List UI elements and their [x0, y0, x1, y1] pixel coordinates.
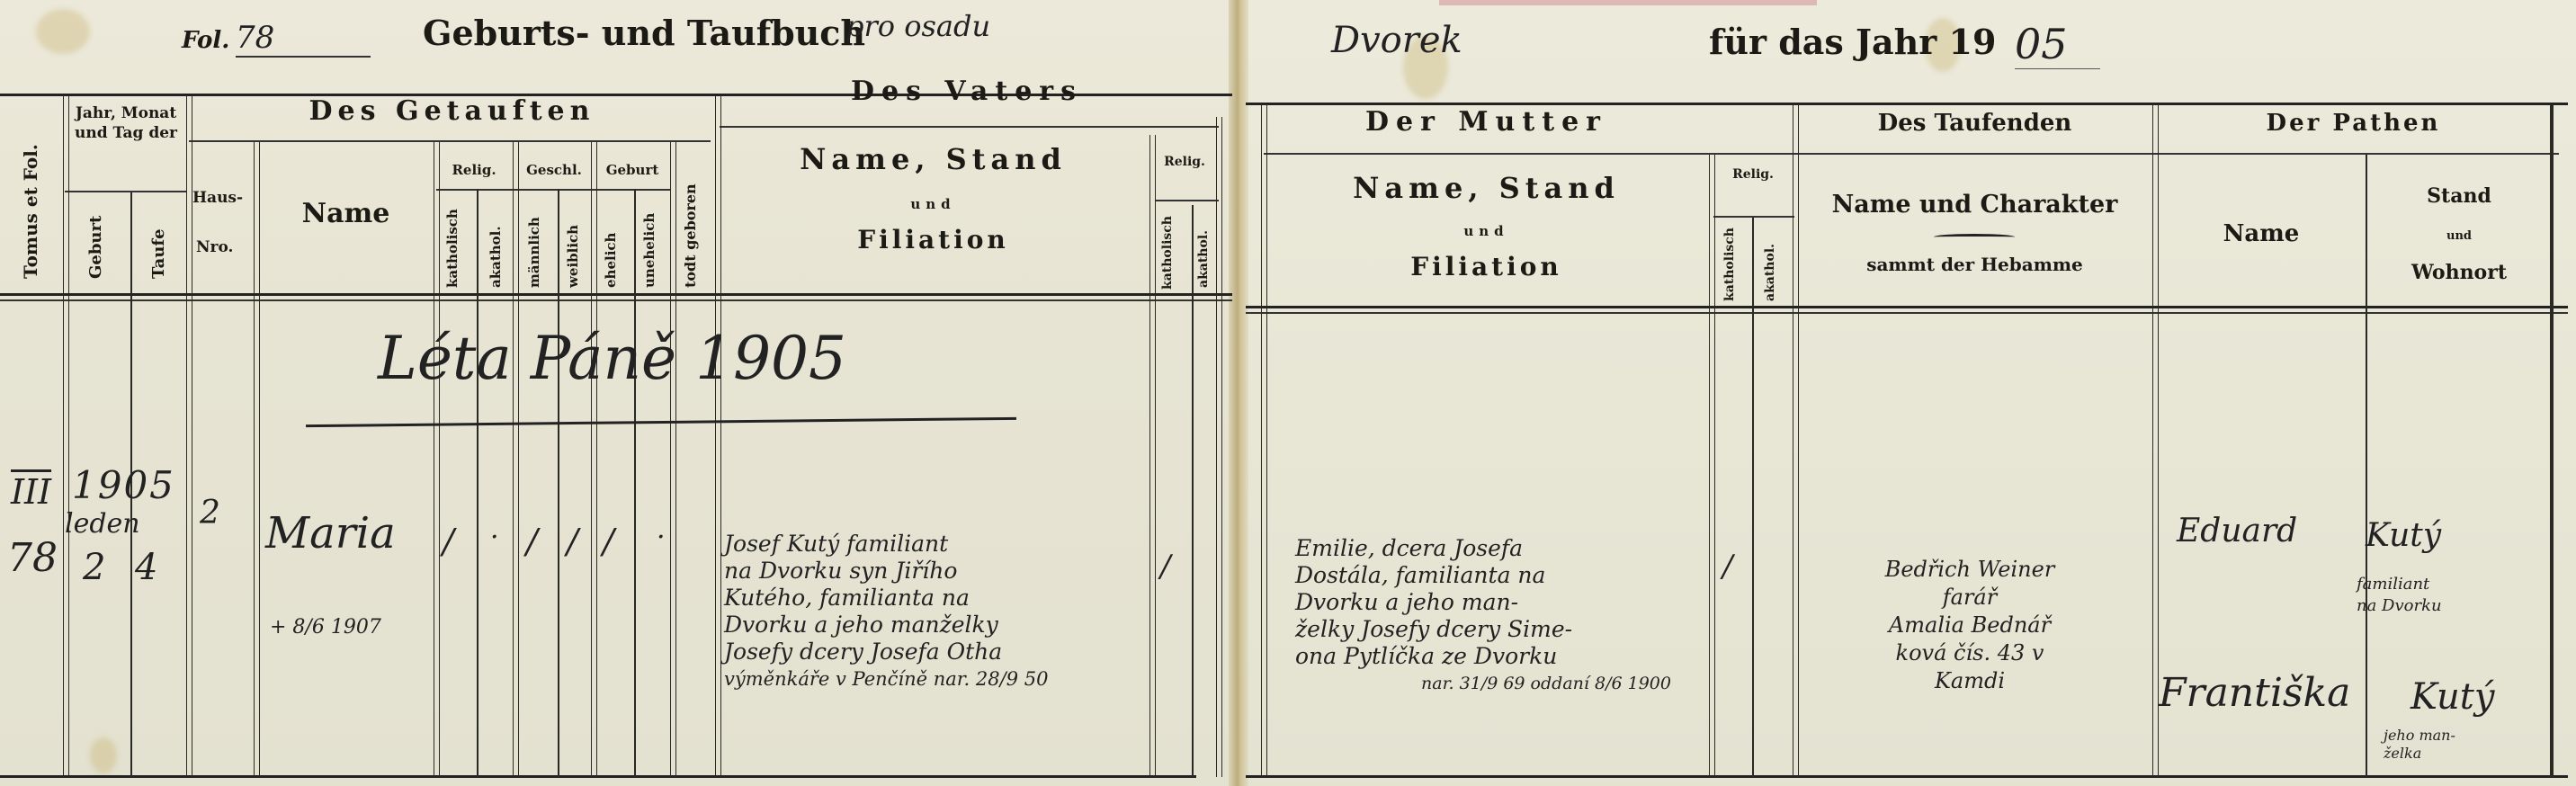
godparent1-stand-line: familiant: [2357, 574, 2442, 595]
flourish-divider: [1934, 234, 2015, 240]
header-bottom-line: [1246, 312, 2568, 314]
col-divider: [670, 142, 676, 777]
header-getauften-group: Des Getauften: [189, 95, 715, 127]
mark-maennlich: /: [526, 522, 538, 561]
father-line: výměnkáře v Penčíně nar. 28/9 50: [724, 665, 1156, 692]
header-bottom-line: [0, 293, 1232, 296]
header-taufe: Taufe: [149, 216, 168, 279]
header-nro: Nro.: [196, 238, 233, 256]
mother-line: Dostála, familianta na: [1295, 562, 1709, 589]
header-vater-relig: Relig.: [1153, 155, 1216, 169]
header-wohnort: Wohnort: [2369, 261, 2549, 284]
father-details: Josef Kutý familiant na Dvorku syn Jiříh…: [724, 531, 1156, 692]
father-relig-mark: /: [1160, 549, 1170, 585]
entry-folio: 78: [7, 535, 58, 581]
father-line: Kutého, familianta na: [724, 585, 1156, 612]
godparent2-stand: jeho man- želka: [2384, 727, 2455, 763]
header-geburt-group: Geburt: [594, 162, 671, 178]
entry-baptism-day: 4: [135, 547, 157, 588]
table-right-border: [2550, 104, 2554, 777]
mother-line: Dvorku a jeho man-: [1295, 589, 1709, 616]
father-line: Josef Kutý familiant: [724, 531, 1156, 558]
folio-label: Fol.: [182, 27, 229, 54]
header-mutter-katholisch: katholisch: [1722, 225, 1737, 301]
header-haus: Haus-: [192, 189, 243, 207]
header-unehelich: unehelich: [641, 198, 657, 288]
godparent2-surname: Kutý: [2411, 676, 2494, 718]
mother-line: nar. 31/9 69 oddaní 8/6 1900: [1295, 670, 1709, 697]
entry-year: 1905: [72, 463, 175, 507]
header-katholisch: katholisch: [444, 198, 461, 288]
mark-unehelich: ·: [657, 522, 666, 553]
header-stand-und: und: [2369, 229, 2549, 243]
mark-akathol: ·: [490, 522, 499, 553]
place-handwritten: Dvorek: [1331, 20, 1462, 61]
subheader-line: [65, 191, 186, 192]
entry-death-note: + 8/6 1907: [270, 616, 381, 639]
header-geburt: Geburt: [86, 207, 105, 279]
entry-child-name: Maria: [265, 508, 396, 558]
header-taufenden-group: Des Taufenden: [1797, 110, 2152, 137]
header-ehelich: ehelich: [603, 207, 619, 288]
subheader-line: [189, 140, 711, 142]
parish-handwritten: pro osadu: [845, 9, 990, 43]
header-vater-group: Des Vaters: [720, 76, 1214, 107]
header-name: Name: [258, 198, 434, 229]
col-divider: [1261, 104, 1267, 777]
mother-details: Emilie, dcera Josefa Dostála, familianta…: [1295, 535, 1709, 697]
folio-value: 78: [236, 20, 371, 58]
entry-month: leden: [65, 508, 140, 540]
subheader-line: [720, 126, 1219, 128]
mark-katholisch: /: [443, 522, 454, 561]
godparent2-name: Františka: [2159, 670, 2350, 716]
stain: [90, 737, 117, 773]
col-divider: [477, 189, 479, 777]
header-mutter-relig: Relig.: [1713, 167, 1793, 182]
col-divider: [63, 95, 69, 777]
entry-house-no: 2: [200, 495, 220, 531]
header-todt: todt geboren: [682, 153, 699, 288]
header-mutter-filiation: Filiation: [1264, 252, 1709, 281]
entry-birth-day: 2: [83, 547, 105, 588]
officiant-line: Bedřich Weiner: [1799, 556, 2141, 584]
col-divider: [1752, 218, 1754, 777]
header-mutter-group: Der Mutter: [1264, 106, 1709, 138]
father-line: Josefy dcery Josefa Otha: [724, 639, 1156, 665]
subheader-line: [1156, 200, 1219, 201]
col-divider: [558, 189, 559, 777]
col-divider: [591, 142, 597, 777]
mother-line: Emilie, dcera Josefa: [1295, 535, 1709, 562]
godparent1-stand: familiant na Dvorku: [2357, 574, 2442, 617]
header-relig: Relig.: [435, 162, 513, 178]
year-heading: Léta Páně 1905: [378, 324, 846, 393]
header-mutter-und: und: [1264, 223, 1709, 239]
col-divider: [1216, 117, 1222, 777]
col-divider: [254, 142, 260, 777]
father-line: Dvorku a jeho manželky: [724, 612, 1156, 639]
header-date-group: Jahr, Monat und Tag der: [67, 103, 185, 143]
header-stand: Stand: [2369, 184, 2549, 208]
col-divider: [513, 142, 519, 777]
entry-tomus: III: [11, 472, 51, 512]
subheader-line: [1713, 216, 1794, 218]
godparent1-stand-line: na Dvorku: [2357, 595, 2442, 617]
header-tomus: Tomus et Fol.: [20, 135, 41, 279]
mark-ehelich: /: [603, 522, 614, 561]
godparent2-stand-line: jeho man-: [2384, 727, 2455, 745]
godparent2-stand-line: želka: [2384, 745, 2455, 763]
row-bottom-line: [0, 775, 1196, 778]
mother-relig-mark: /: [1722, 549, 1732, 585]
header-akathol: akathol.: [487, 207, 504, 288]
col-divider: [634, 189, 636, 777]
book-gutter: [1229, 0, 1248, 786]
header-vater-filiation: Filiation: [720, 225, 1147, 255]
header-pathen-name: Name: [2157, 220, 2366, 247]
officiant-line: Amalia Bednář: [1799, 612, 2141, 639]
pink-ribbon: [1439, 0, 1817, 5]
officiant-line: farář: [1799, 584, 2141, 612]
header-mutter-akathol: akathol.: [1763, 234, 1777, 301]
mother-line: želky Josefy dcery Sime-: [1295, 616, 1709, 643]
header-maennlich: männlich: [526, 198, 542, 288]
header-pathen-group: Der Pathen: [2157, 110, 2550, 137]
header-geschl: Geschl.: [516, 162, 592, 178]
header-name-charakter: Name und Charakter: [1797, 191, 2152, 219]
header-vater-katholisch: katholisch: [1160, 209, 1175, 290]
header-weiblich: weiblich: [565, 198, 581, 288]
col-divider: [434, 142, 440, 777]
row-bottom-line: [1246, 775, 2568, 778]
year-handwritten: 05: [2015, 20, 2100, 69]
col-divider: [1192, 205, 1194, 777]
officiant-line: Kamdi: [1799, 667, 2141, 695]
header-sammt: sammt der Hebamme: [1797, 254, 2152, 275]
officiant-details: Bedřich Weiner farář Amalia Bednář ková …: [1799, 556, 2141, 695]
header-mutter-name-stand: Name, Stand: [1264, 171, 1709, 205]
book-title: Geburts- und Taufbuch: [423, 13, 865, 53]
col-divider: [186, 95, 192, 777]
col-divider: [2152, 104, 2159, 777]
stain: [36, 9, 90, 54]
godparent1-surname: Kutý: [2366, 517, 2441, 554]
godparent1-name: Eduard: [2177, 513, 2297, 549]
header-vater-und: und: [720, 196, 1147, 212]
header-bottom-line: [0, 299, 1232, 301]
col-divider: [2366, 155, 2367, 777]
father-line: na Dvorku syn Jiřího: [724, 558, 1156, 585]
header-vater-akathol: akathol.: [1196, 216, 1211, 288]
subheader-line: [1264, 153, 2559, 155]
mother-line: ona Pytlíčka ze Dvorku: [1295, 643, 1709, 670]
header-bottom-line: [1246, 306, 2568, 308]
col-divider: [1709, 155, 1715, 777]
header-vater-name-stand: Name, Stand: [720, 142, 1147, 176]
officiant-line: ková čís. 43 v: [1799, 639, 2141, 667]
mark-weiblich: /: [567, 522, 578, 561]
year-title: für das Jahr 19: [1709, 22, 1996, 62]
table-top-line: [1246, 103, 2568, 105]
